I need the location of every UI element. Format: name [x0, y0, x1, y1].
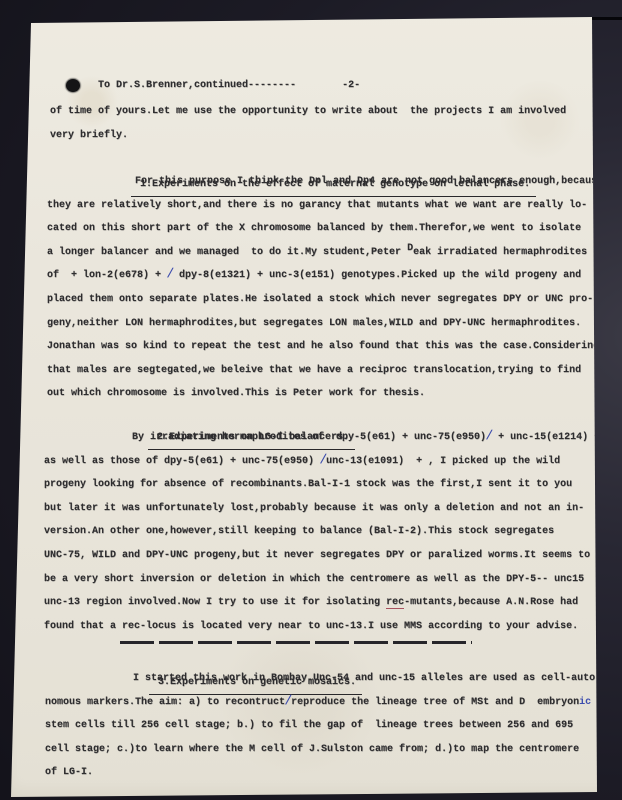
- typed-text: of + lon-2(e678) +: [47, 270, 167, 281]
- typed-line: stem cells till 256 cell stage; b.) to f…: [45, 714, 601, 738]
- ink-dot: [66, 79, 80, 92]
- typed-line: found that a rec-locus is located very n…: [44, 615, 600, 639]
- typed-line: unc-13 region involved.Now I try to use …: [44, 591, 600, 615]
- typed-line: of time of yours.Let me use the opportun…: [50, 100, 566, 124]
- typed-text: unc-13(e1091) + , I picked up the wild: [326, 456, 560, 467]
- typed-line: a longer balancer and we managed to do i…: [47, 241, 603, 265]
- section-divider-line: [120, 641, 472, 644]
- typed-text: as well as those of dpy-5(e61) + unc-75(…: [44, 456, 320, 467]
- typed-text: By irradiating hermaphrodites of dpy-5(e…: [132, 432, 486, 443]
- typed-line: as well as those of dpy-5(e61) + unc-75(…: [44, 450, 600, 474]
- page-number: -2-: [342, 80, 360, 91]
- typed-text: + unc-15(e1214) +: [492, 432, 600, 443]
- typed-text: -mutants,because A.N.Rose had: [404, 597, 578, 608]
- typed-line: of LG-I.: [45, 761, 601, 785]
- section-2-paragraph: By irradiating hermaphrodites of dpy-5(e…: [44, 426, 600, 638]
- typed-text: a longer balancer and we managed to do i…: [47, 247, 407, 258]
- typed-line: placed them onto separate plates.He isol…: [47, 288, 603, 312]
- typed-line: I started this work in Bombay.Unc-54 and…: [45, 667, 601, 691]
- header-recipient: To Dr.S.Brenner,continued--------: [98, 80, 296, 91]
- section-3-paragraph: I started this work in Bombay.Unc-54 and…: [45, 667, 601, 785]
- typed-text: unc-13 region involved.Now I try to use …: [44, 597, 386, 608]
- letter-page: To Dr.S.Brenner,continued---------2- of …: [0, 0, 622, 800]
- typed-line: For this purpose I think the Dpl and Dp4…: [47, 170, 603, 194]
- typed-line: be a very short inversion or deletion in…: [44, 568, 600, 592]
- typed-line: they are relatively short,and there is n…: [47, 194, 603, 218]
- section-1-paragraph: For this purpose I think the Dpl and Dp4…: [47, 170, 603, 406]
- typed-line: UNC-75, WILD and DPY-UNC progeny,but it …: [44, 544, 600, 568]
- typed-line: nomous markers.The aim: a) to recontruct…: [45, 691, 601, 715]
- typed-line: that males are segtegated,we beleive tha…: [47, 359, 603, 383]
- typed-line: but later it was unfortunately lost,prob…: [44, 497, 600, 521]
- photo-of-letter: To Dr.S.Brenner,continued---------2- of …: [0, 0, 622, 800]
- typed-line: of + lon-2(e678) + / dpy-8(e1321) + unc-…: [47, 264, 603, 288]
- typed-line: geny,neither LON hermaphrodites,but segr…: [47, 312, 603, 336]
- raised-letter: D: [407, 243, 413, 254]
- handwritten-correction: ic: [579, 697, 591, 708]
- typed-line: version.An other one,however,still keepi…: [44, 520, 600, 544]
- typed-line: Jonathan was so kind to repeat the test …: [47, 335, 603, 359]
- typed-text: nomous markers.The aim: a) to recontruct: [45, 697, 285, 708]
- typed-text: dpy-8(e1321) + unc-3(e151) genotypes.Pic…: [173, 270, 581, 281]
- typed-text: eak irradiated hermaphrodites: [413, 247, 587, 258]
- typed-line: cell stage; c.)to learn where the M cell…: [45, 738, 601, 762]
- typed-line: cated on this short part of the X chromo…: [47, 217, 603, 241]
- typed-text: reproduce the lineage tree of MSt and D …: [291, 697, 579, 708]
- underlined-rec: rec: [386, 597, 404, 609]
- typed-line: very briefly.: [50, 124, 566, 148]
- intro-paragraph: of time of yours.Let me use the opportun…: [50, 100, 566, 147]
